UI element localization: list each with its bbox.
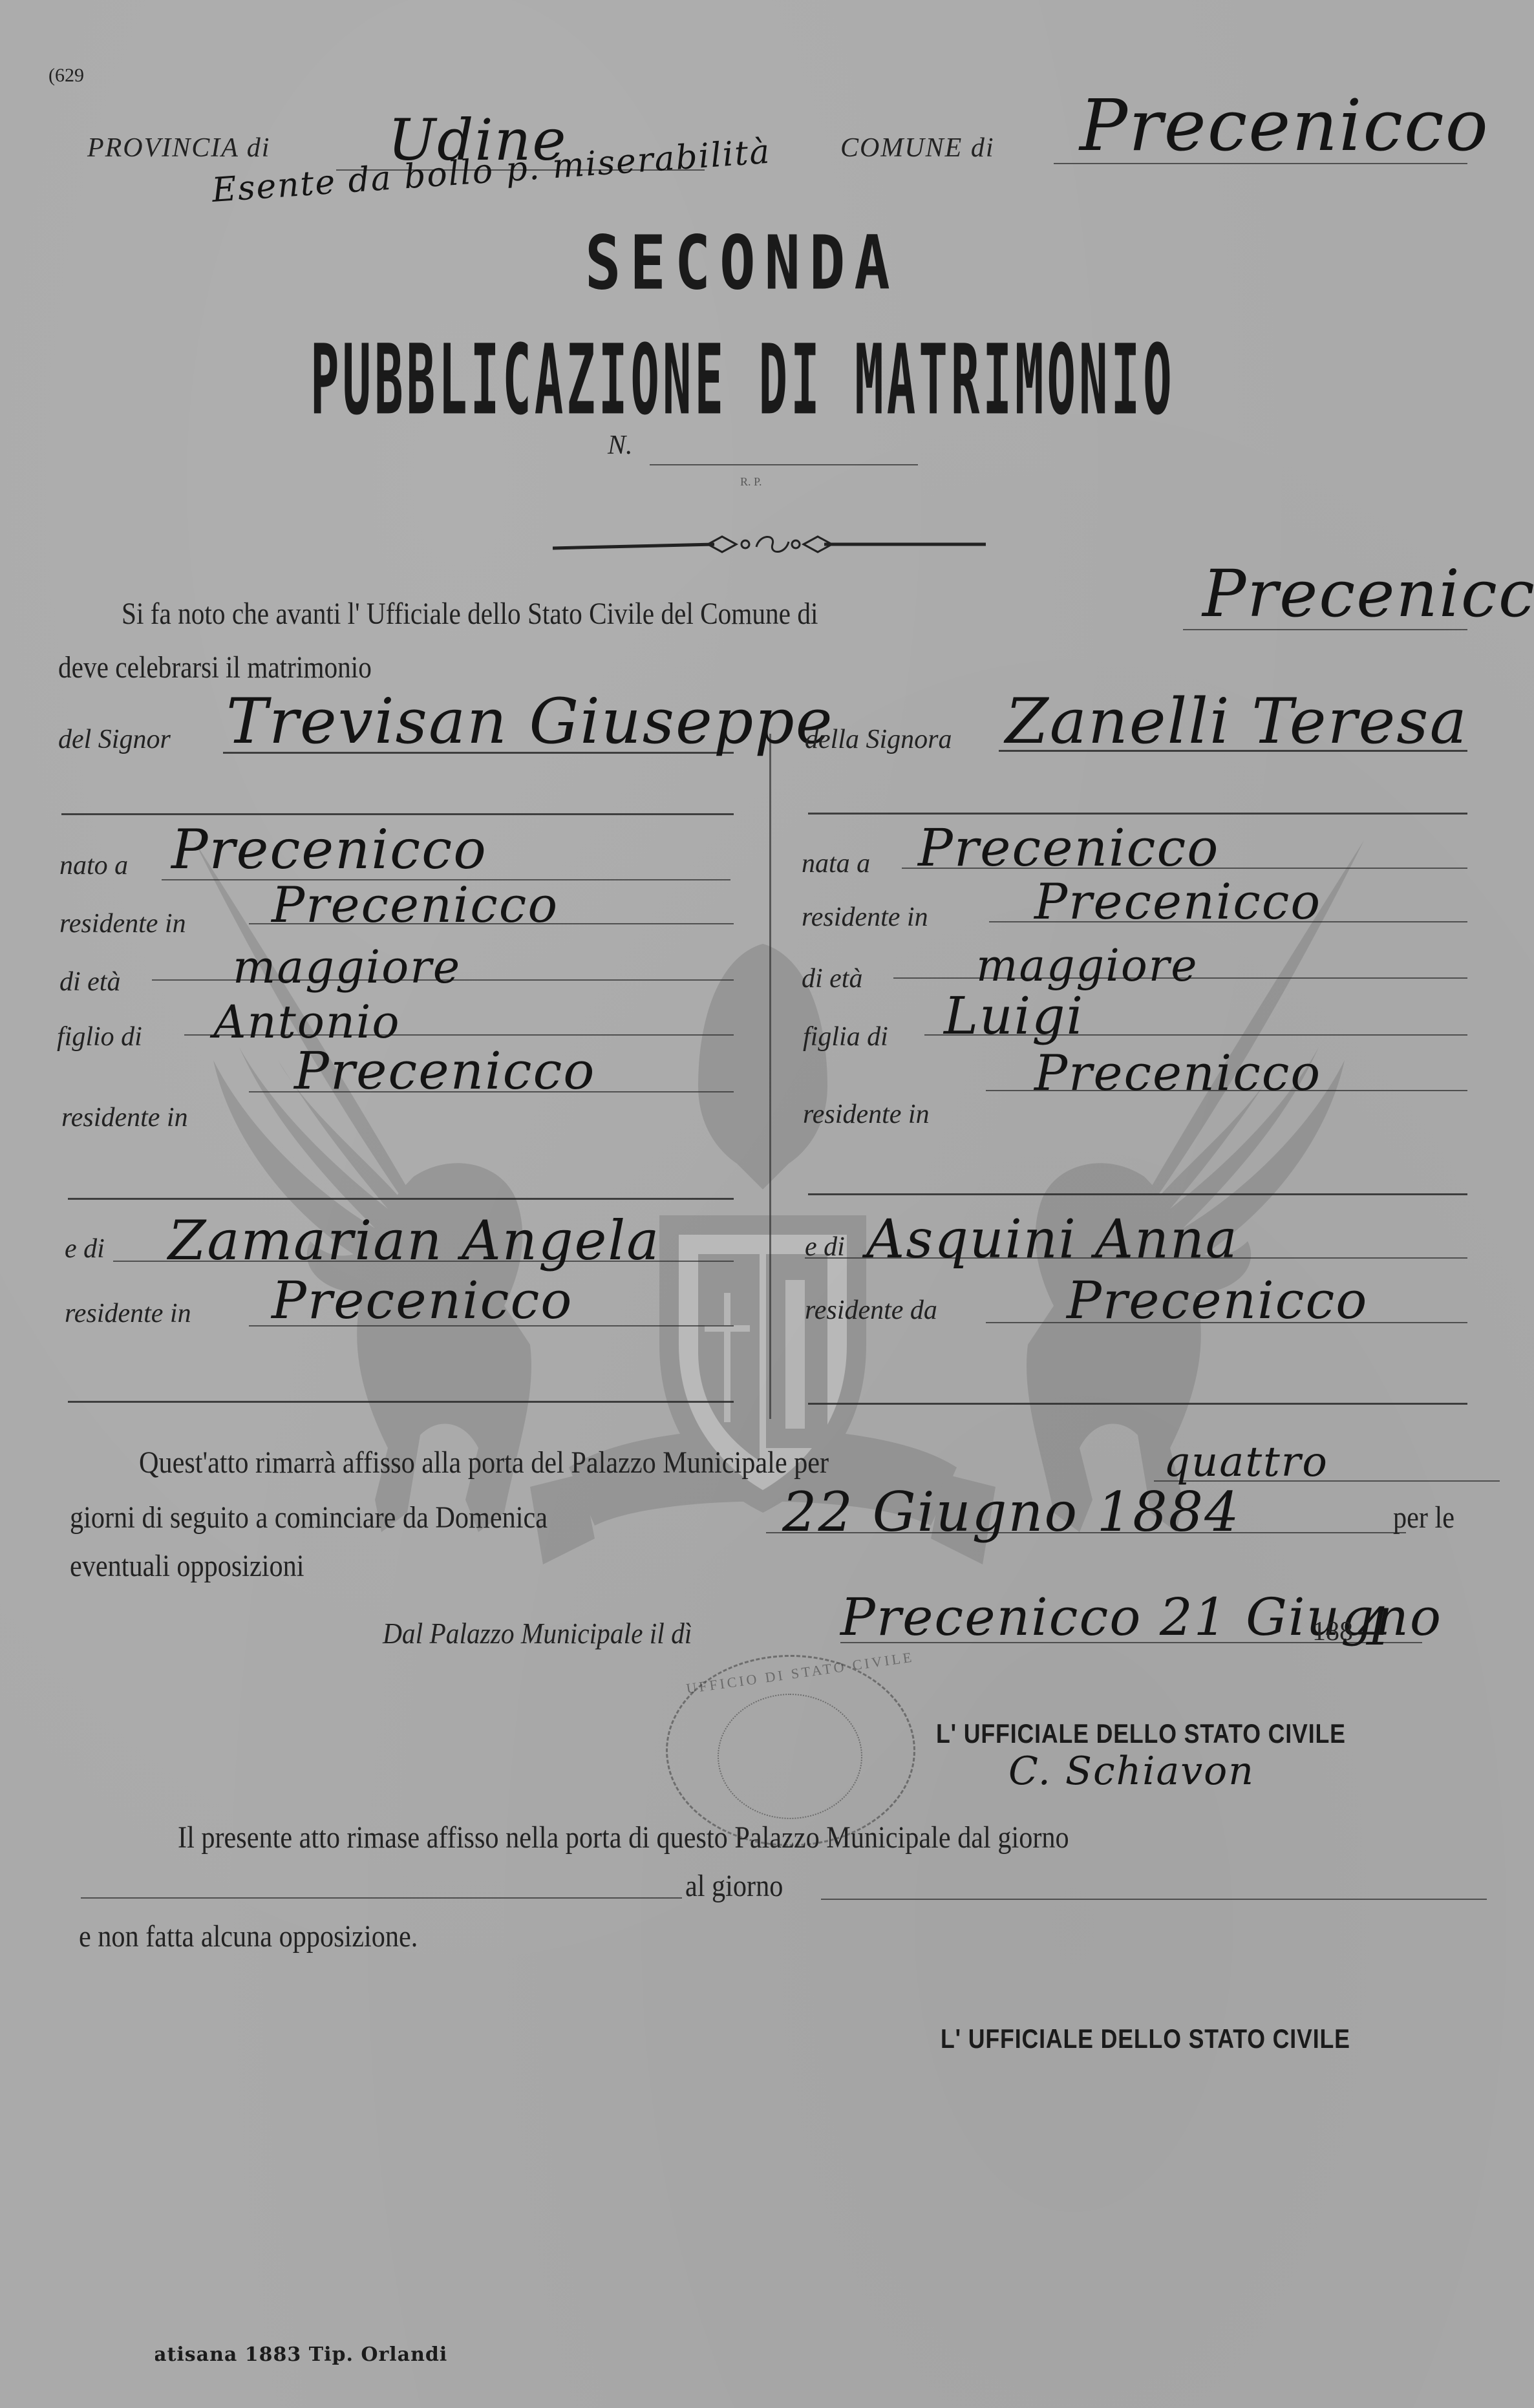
- groom-mother-name: Zamarian Angela: [168, 1209, 660, 1272]
- posting-text-1: Quest'atto rimarrà affisso alla porta de…: [139, 1445, 829, 1480]
- groom-mother-residence-label: residente in: [65, 1298, 191, 1329]
- official-title-2: L' UFFICIALE DELLO STATO CIVILE: [941, 2023, 1350, 2054]
- number-label: N.: [608, 430, 633, 461]
- bride-mother-residence-value: Precenicco: [1067, 1270, 1368, 1330]
- posting-text-3: eventuali opposizioni: [70, 1548, 304, 1584]
- bride-residence-label: residente in: [802, 902, 928, 933]
- number-field[interactable]: [650, 464, 918, 465]
- bride-residence-value: Precenicco: [1034, 873, 1321, 930]
- intro-text: Si fa noto che avanti l' Ufficiale dello…: [122, 596, 818, 632]
- bride-age-value: maggiore: [976, 941, 1198, 992]
- groom-father-residence-value: Precenicco: [294, 1041, 595, 1101]
- bride-age-label: di età: [802, 963, 862, 994]
- groom-residence-label: residente in: [59, 908, 186, 939]
- bride-father-residence-label: residente in: [803, 1099, 930, 1130]
- bride-parent-label: figlia di: [803, 1021, 888, 1052]
- bride-father-residence-value: Precenicco: [1034, 1044, 1321, 1102]
- groom-born-label: nato a: [59, 850, 128, 881]
- provincia-label: PROVINCIA di: [87, 133, 270, 164]
- groom-born-value: Precenicco: [171, 818, 487, 881]
- groom-name: Trevisan Giuseppe: [226, 685, 834, 758]
- certification-to-label: al giorno: [685, 1868, 783, 1904]
- groom-parent-label: figlio di: [57, 1021, 142, 1052]
- posting-start-date: 22 Giugno 1884: [782, 1480, 1241, 1544]
- bride-born-value: Precenicco: [918, 818, 1219, 878]
- bride-mother-residence-label: residente da: [805, 1295, 937, 1326]
- official-signature-1[interactable]: C. Schiavon: [1008, 1749, 1255, 1794]
- official-title-1: L' UFFICIALE DELLO STATO CIVILE: [936, 1718, 1346, 1749]
- issued-label: Dal Palazzo Municipale il dì: [383, 1616, 692, 1650]
- groom-mother-residence-value: Precenicco: [272, 1270, 573, 1330]
- title-seconda: SECONDA: [585, 220, 899, 306]
- groom-end-line: [68, 1401, 734, 1403]
- groom-mother-label: e di: [65, 1233, 105, 1264]
- title-pubblicazione: PUBBLICAZIONE DI MATRIMONIO: [310, 323, 1175, 436]
- intro-text-2: deve celebrarsi il matrimonio: [58, 650, 372, 685]
- groom-spacer-line: [68, 1198, 734, 1200]
- printer-footer: Latisana 1883 Tip. Orlandi: [140, 2343, 447, 2366]
- posting-days-value: quattro: [1164, 1438, 1328, 1486]
- bride-born-label: nata a: [802, 848, 870, 879]
- bride-name: Zanelli Teresa: [1005, 685, 1468, 758]
- issued-year-suffix: 4: [1358, 1597, 1392, 1657]
- certification-to-line[interactable]: [821, 1899, 1487, 1900]
- groom-age-value: maggiore: [233, 941, 461, 994]
- bride-end-line: [808, 1403, 1467, 1405]
- bride-spacer-line: [808, 1193, 1467, 1195]
- column-divider: [769, 734, 771, 1419]
- bride-heading-label: della Signora: [805, 724, 952, 755]
- ornament-divider-icon: [553, 529, 986, 561]
- groom-age-label: di età: [59, 966, 120, 997]
- certification-text-3: e non fatta alcuna opposizione.: [79, 1919, 418, 1954]
- small-mark: R. P.: [740, 475, 762, 489]
- certification-from-line[interactable]: [81, 1897, 682, 1899]
- groom-father-residence-label: residente in: [61, 1102, 188, 1133]
- groom-extra-line: [61, 813, 734, 815]
- official-seal-inner: [718, 1694, 862, 1819]
- issued-year-prefix: 188: [1312, 1616, 1353, 1647]
- bride-mother-name: Asquini Anna: [866, 1209, 1239, 1270]
- bride-extra-line: [808, 813, 1467, 815]
- bride-father-name: Luigi: [944, 986, 1084, 1046]
- intro-comune-value: Precenicco: [1202, 556, 1534, 632]
- comune-value: Precenicco: [1080, 84, 1489, 167]
- comune-label: COMUNE di: [840, 133, 995, 164]
- groom-heading-label: del Signor: [58, 724, 171, 755]
- archive-number: (629: [48, 65, 84, 87]
- groom-residence-value: Precenicco: [272, 876, 559, 933]
- posting-text-2-end: per le: [1393, 1500, 1454, 1535]
- posting-text-2: giorni di seguito a cominciare da Domeni…: [70, 1500, 548, 1535]
- certification-text-1: Il presente atto rimase affisso nella po…: [178, 1820, 1069, 1855]
